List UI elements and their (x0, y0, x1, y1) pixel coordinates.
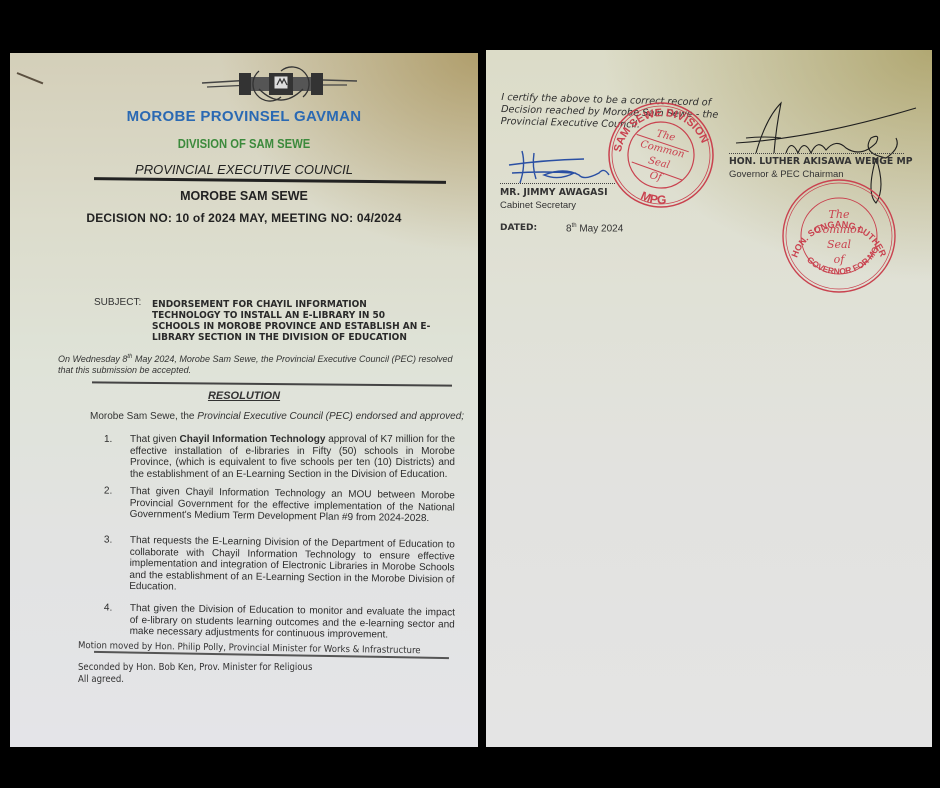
governor-signature-line (729, 153, 904, 154)
decision-number: DECISION NO: 10 of 2024 MAY, MEETING NO:… (10, 211, 478, 225)
subject-label: SUBJECT: (94, 297, 141, 308)
resolution-divider (92, 381, 452, 386)
division-title: DIVISION OF SAM SEWE (33, 137, 454, 151)
item-number: 4. (104, 603, 113, 615)
certification-page: I certify the above to be a correct reco… (486, 50, 932, 747)
item-text: That given Chayil Information Technology… (130, 434, 455, 480)
item-text-prefix: That given (130, 434, 180, 445)
division-seal-line: Of (648, 170, 664, 184)
governor-name: HON. LUTHER AKISAWA WENGE MP (729, 156, 913, 167)
decision-page: MOROBE PROVINSEL GAVMAN DIVISION OF SAM … (10, 53, 478, 747)
division-seal-ring-bottom: MPG (638, 188, 668, 208)
dated-rest: May 2024 (577, 223, 624, 234)
division-seal-stamp: SAM SEWE DIVISION MPG The Common Seal Of (606, 100, 716, 210)
secretary-name: MR. JIMMY AWAGASI (500, 187, 608, 198)
resolution-item: 2. That given Chayil Information Technol… (90, 485, 470, 490)
governor-seal-line: The (829, 208, 850, 221)
governor-seal-line: Common (814, 223, 864, 236)
item-text: That given Chayil Information Technology… (130, 486, 455, 525)
item-text: That given the Division of Education to … (130, 603, 455, 642)
preamble-prefix: Morobe Sam Sewe, the (90, 411, 197, 422)
intro-paragraph: On Wednesday 8th May 2024, Morobe Sam Se… (58, 352, 458, 376)
governor-seal-line: of (834, 253, 847, 266)
division-seal-line: Common (639, 139, 685, 161)
secretary-signature-line (500, 183, 615, 184)
secretary-title: Cabinet Secretary (500, 200, 576, 211)
pen-mark (17, 72, 44, 84)
government-title: MOROBE PROVINSEL GAVMAN (10, 108, 478, 125)
morobe-crest-logo (197, 63, 367, 113)
governor-seal-stamp: HON. SONGANG LUTHER. A. WENGE GOVERNOR F… (781, 178, 897, 294)
dated-value: 8th May 2024 (566, 223, 623, 234)
preamble-italic: Provincial Executive Council (PEC) endor… (197, 411, 464, 422)
dated-label: DATED: (500, 223, 537, 233)
item-number: 1. (104, 434, 112, 446)
location-title: MOROBE SAM SEWE (10, 189, 478, 203)
governor-seal-line: Seal (827, 238, 852, 251)
item-number: 3. (104, 535, 113, 547)
resolution-item: 4. That given the Division of Education … (90, 602, 470, 607)
subject-text: ENDORSEMENT FOR CHAYIL INFORMATION TECHN… (152, 299, 431, 343)
motion-seconded: Seconded by Hon. Bob Ken, Prov. Minister… (78, 662, 312, 673)
svg-text:MPG: MPG (638, 188, 668, 208)
resolution-item: 3. That requests the E-Learning Division… (90, 534, 470, 539)
item-text: That requests the E-Learning Division of… (129, 535, 455, 598)
intro-prefix: On Wednesday 8 (58, 354, 127, 364)
item-number: 2. (104, 486, 113, 498)
motion-agreed: All agreed. (78, 674, 124, 685)
item-text-bold: Chayil Information Technology (180, 434, 326, 445)
resolution-preamble: Morobe Sam Sewe, the Provincial Executiv… (90, 411, 470, 422)
council-title: PROVINCIAL EXECUTIVE COUNCIL (10, 162, 478, 177)
resolution-heading: RESOLUTION (10, 390, 478, 402)
header-divider (94, 177, 446, 184)
